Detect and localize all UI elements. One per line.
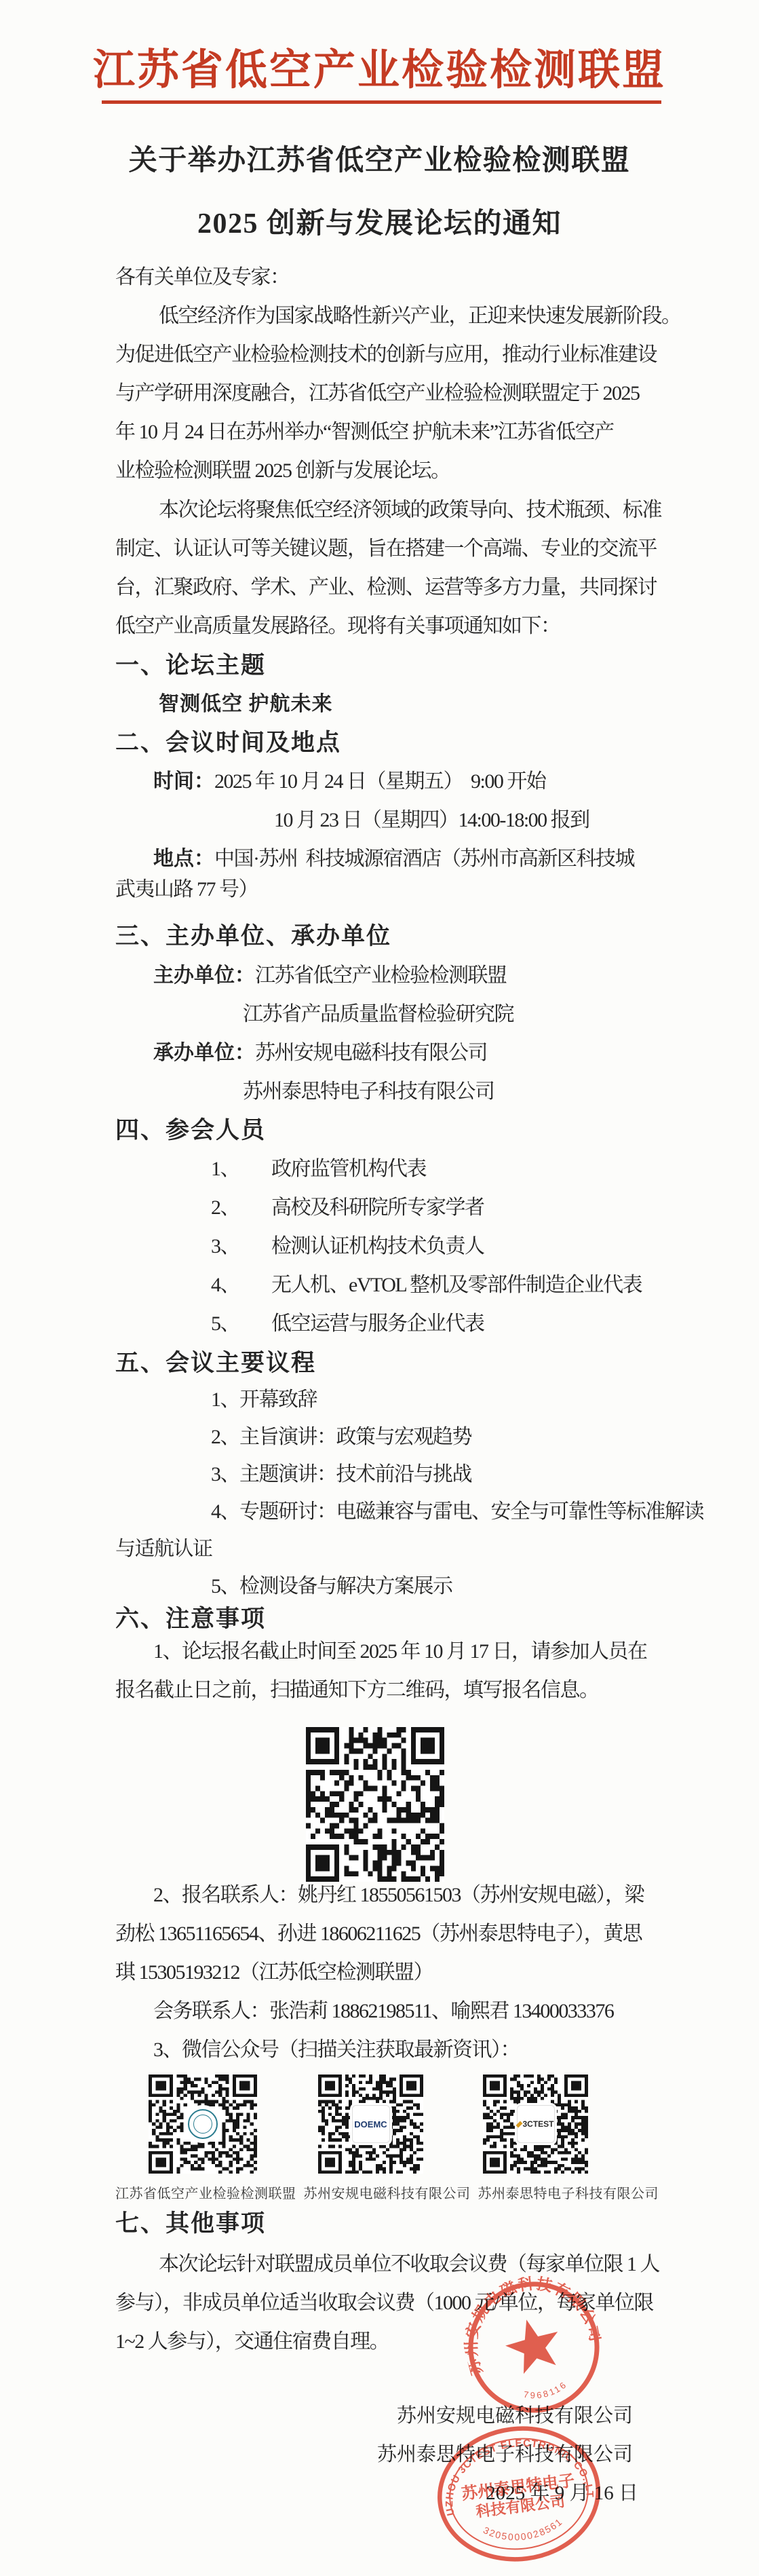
- host-line-1: 主办单位：江苏省低空产业检验检测联盟: [153, 956, 507, 995]
- list-item: 2、高校及科研院所专家学者: [211, 1188, 642, 1227]
- time-line: 时间：2025 年 10 月 24 日（星期五） 9:00 开始: [153, 762, 545, 801]
- doc-title-line2: 2025 创新与发展论坛的通知: [0, 207, 759, 241]
- host-label: 主办单位：: [153, 964, 255, 987]
- signature-block: 苏州安规电磁科技有限公司 苏州泰思特电子科技有限公司 2025 年 9 月 16…: [271, 2397, 638, 2513]
- intro-line: 为促进低空产业检验检测技术的创新与应用，推动行业标准建设: [115, 335, 681, 374]
- section-heading-participants: 四、参会人员: [115, 1111, 266, 1150]
- seal-outer-ring: [188, 2109, 218, 2139]
- sctest-logo: 3CTEST: [517, 2105, 555, 2143]
- time-line-2: 10 月 23 日（星期四）14:00-18:00 报到: [274, 801, 589, 839]
- svg-text:3205000028561: 3205000028561: [480, 2515, 566, 2547]
- organizer-1: 苏州安规电磁科技有限公司: [255, 1042, 487, 1064]
- qr-caption: 江苏省低空产业检验检测联盟 苏州安规电磁科技有限公司 苏州泰思特电子科技有限公司: [115, 2184, 659, 2204]
- list-item: 3、检测认证机构技术负责人: [211, 1227, 642, 1266]
- intro-paragraph-2: 本次论坛将聚焦低空经济领域的政策导向、技术瓶颈、标准 制定、认证认可等关键议题，…: [115, 491, 661, 645]
- venue-line-2: 武夷山路 77 号）: [115, 870, 258, 909]
- section-heading-time-place: 二、会议时间及地点: [115, 723, 341, 762]
- other-paragraph: 本次论坛针对联盟成员单位不收取会议费（每家单位限 1 人 参与），非成员单位适当…: [115, 2245, 659, 2361]
- venue-label: 地点：: [153, 848, 214, 870]
- masthead-title: 江苏省低空产业检验检测联盟: [0, 43, 759, 98]
- section-heading-theme: 一、论坛主题: [115, 646, 266, 685]
- list-item: 1、政府监管机构代表: [211, 1150, 642, 1188]
- intro-paragraph-1: 低空经济作为国家战略性新兴产业，正迎来快速发展新阶段。 为促进低空产业检验检测技…: [115, 297, 681, 490]
- agenda-item: 4、专题研讨：电磁兼容与雷电、安全与可靠性等标准解读: [211, 1493, 703, 1530]
- item-number: 1、: [211, 1150, 271, 1188]
- sctest-logo-icon: [515, 2121, 522, 2127]
- time-value: 2025 年 10 月 24 日（星期五） 9:00 开始: [214, 770, 545, 793]
- contact-line: 2、报名联系人：姚丹红 18550561503（苏州安规电磁），梁: [153, 1876, 644, 1914]
- intro-line: 低空产业高质量发展路径。现将有关事项通知如下：: [115, 607, 661, 645]
- item-text: 无人机、eVTOL 整机及零部件制造企业代表: [271, 1274, 642, 1296]
- agenda-item: 2、主旨演讲：政策与宏观趋势: [211, 1418, 471, 1456]
- agenda-item: 3、主题演讲：技术前沿与挑战: [211, 1456, 471, 1493]
- section-heading-organizers: 三、主办单位、承办单位: [115, 917, 391, 955]
- list-item: 4、无人机、eVTOL 整机及零部件制造企业代表: [211, 1266, 642, 1304]
- item-number: 2、: [211, 1188, 271, 1227]
- wechat-qr-3ctest: 3CTEST: [483, 2075, 588, 2174]
- other-line: 本次论坛针对联盟成员单位不收取会议费（每家单位限 1 人: [115, 2245, 659, 2284]
- section-heading-agenda: 五、会议主要议程: [115, 1344, 316, 1382]
- doemc-logo: DOEMC: [352, 2105, 390, 2143]
- contact-line: 会务联系人：张浩莉 18862198511、喻熙君 13400033376: [153, 1992, 613, 2030]
- item-text: 低空运营与服务企业代表: [271, 1312, 484, 1335]
- contact-line: 琪 15305193212（江苏低空检测联盟）: [115, 1953, 433, 1992]
- wechat-qr-alliance: [149, 2075, 257, 2174]
- note-line: 1、论坛报名截止时间至 2025 年 10 月 17 日，请参加人员在: [153, 1632, 647, 1671]
- intro-line: 低空经济作为国家战略性新兴产业，正迎来快速发展新阶段。: [115, 297, 681, 335]
- organizer-label: 承办单位：: [153, 1042, 255, 1064]
- salutation: 各有关单位及专家：: [115, 258, 290, 297]
- alliance-seal-logo: [186, 2107, 220, 2141]
- registration-qr-code: [306, 1727, 444, 1882]
- wechat-note-line: 3、微信公众号（扫描关注获取最新资讯）：: [153, 2030, 520, 2069]
- item-text: 政府监管机构代表: [271, 1158, 426, 1180]
- note-line: 报名截止日之前，扫描通知下方二维码，填写报名信息。: [115, 1671, 599, 1709]
- participants-list: 1、政府监管机构代表 2、高校及科研院所专家学者 3、检测认证机构技术负责人 4…: [211, 1150, 642, 1343]
- other-line: 参与），非成员单位适当收取会议费（1000 元/单位，每家单位限: [115, 2284, 659, 2322]
- item-text: 高校及科研院所专家学者: [271, 1196, 484, 1219]
- seal-inner-ring: [193, 2115, 212, 2134]
- signature-company-1: 苏州安规电磁科技有限公司: [271, 2397, 633, 2436]
- host-1: 江苏省低空产业检验检测联盟: [255, 964, 507, 987]
- signature-company-2: 苏州泰思特电子科技有限公司: [271, 2436, 633, 2474]
- signature-date: 2025 年 9 月 16 日: [271, 2474, 638, 2513]
- contact-line: 劲松 13651165654、孙进 18606211625（苏州泰思特电子），黄…: [115, 1914, 642, 1953]
- intro-line: 本次论坛将聚焦低空经济领域的政策导向、技术瓶颈、标准: [115, 491, 661, 529]
- organizer-line-2: 苏州泰思特电子科技有限公司: [243, 1072, 494, 1111]
- scanned-notice-page: { "page": { "masthead": "江苏省低空产业检验检测联盟" …: [0, 0, 759, 2576]
- organizer-line-1: 承办单位：苏州安规电磁科技有限公司: [153, 1034, 487, 1072]
- agenda-item: 1、开幕致辞: [211, 1381, 317, 1418]
- item-number: 4、: [211, 1266, 271, 1304]
- list-item: 5、低空运营与服务企业代表: [211, 1304, 642, 1343]
- venue-value: 中国·苏州 科技城源宿酒店（苏州市高新区科技城: [214, 848, 634, 870]
- intro-line: 制定、认证认可等关键议题，旨在搭建一个高端、专业的交流平: [115, 529, 661, 568]
- masthead-rule: [102, 100, 661, 104]
- host-line-2: 江苏省产品质量监督检验研究院: [243, 995, 513, 1034]
- item-text: 检测认证机构技术负责人: [271, 1235, 484, 1257]
- section-heading-other: 七、其他事项: [115, 2204, 266, 2243]
- time-label: 时间：: [153, 770, 214, 793]
- intro-line: 台，汇聚政府、学术、产业、检测、运营等多方力量，共同探讨: [115, 568, 661, 607]
- intro-line: 业检验检测联盟 2025 创新与发展论坛。: [115, 451, 681, 490]
- doemc-logo-text: DOEMC: [354, 2119, 387, 2129]
- item-number: 3、: [211, 1227, 271, 1266]
- item-number: 5、: [211, 1304, 271, 1343]
- agenda-item-continuation: 与适航认证: [115, 1530, 212, 1568]
- sctest-logo-text: 3CTEST: [522, 2119, 553, 2129]
- other-line: 1~2 人参与），交通住宿费自理。: [115, 2322, 659, 2361]
- intro-line: 年 10 月 24 日在苏州举办“智测低空 护航未来”江苏省低空产: [115, 413, 681, 451]
- seal-digits: 3205000028561: [480, 2515, 566, 2547]
- intro-line: 与产学研用深度融合，江苏省低空产业检验检测联盟定于 2025: [115, 374, 681, 413]
- wechat-qr-doemc: DOEMC: [318, 2075, 423, 2174]
- forum-theme: 智测低空 护航未来: [159, 685, 333, 723]
- doc-title-line1: 关于举办江苏省低空产业检验检测联盟: [0, 144, 759, 178]
